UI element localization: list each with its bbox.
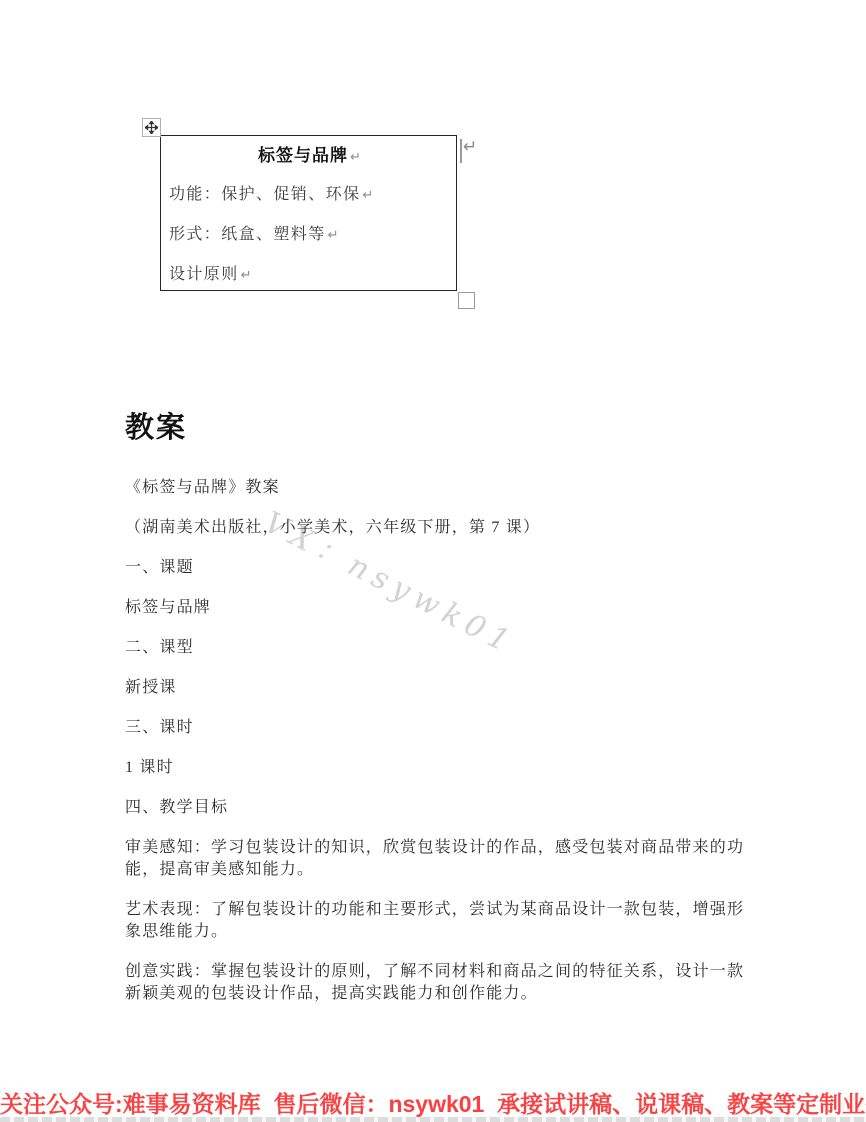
footer-banner: 关注公众号:难事易资料库 售后微信：nsywk01 承接试讲稿、说课稿、教案等定… [0, 1086, 866, 1119]
paragraph[interactable]: 三、课时 [125, 717, 757, 739]
paragraph[interactable]: 审美感知：学习包装设计的知识，欣赏包装设计的作品，感受包装对商品带来的功能，提高… [125, 837, 757, 881]
textbox-line-text: 设计原则 [169, 266, 239, 283]
return-mark-icon: ↵ [362, 188, 373, 203]
textbox-line[interactable]: 功能：保护、促销、环保↵ [169, 184, 450, 206]
textbox-line[interactable]: 设计原则↵ [169, 264, 450, 286]
textbox-title-row: 标签与品牌↵ [169, 145, 450, 168]
textbox-frame[interactable]: 标签与品牌↵ 功能：保护、促销、环保↵ 形式：纸盒、塑料等↵ 设计原则↵ [160, 135, 457, 291]
document-page: VX：nsywk01 标签与品牌↵ 功能：保护、促销、环保↵ 形式：纸 [0, 0, 866, 1122]
paragraph[interactable]: 新授课 [125, 677, 757, 699]
return-mark-icon: ↵ [350, 150, 361, 165]
textbox-line[interactable]: 形式：纸盒、塑料等↵ [169, 224, 450, 246]
paragraph[interactable]: 四、教学目标 [125, 797, 757, 819]
frame-move-handle[interactable] [142, 118, 161, 137]
paragraph[interactable]: 1 课时 [125, 757, 757, 779]
textbox-line-text: 形式：纸盒、塑料等 [169, 226, 326, 243]
textbox-title[interactable]: 标签与品牌 [258, 146, 348, 165]
page-edge-strip [0, 1117, 866, 1122]
paragraph[interactable]: 《标签与品牌》教案 [125, 477, 757, 499]
paragraph[interactable]: （湖南美术出版社，小学美术，六年级下册，第 7 课） [125, 517, 757, 539]
return-mark-icon: ↵ [328, 228, 339, 243]
frame-resize-handle[interactable] [458, 292, 475, 309]
page-title[interactable]: 教案 [125, 407, 757, 449]
move-icon [145, 121, 158, 134]
paragraph[interactable]: 创意实践：掌握包装设计的原则，了解不同材料和商品之间的特征关系，设计一款新颖美观… [125, 961, 757, 1005]
paragraph[interactable]: 标签与品牌 [125, 597, 757, 619]
caret-line [460, 139, 462, 163]
return-mark-icon: ↵ [463, 137, 477, 157]
return-mark-icon: ↵ [241, 268, 252, 283]
paragraph[interactable]: 艺术表现：了解包装设计的功能和主要形式，尝试为某商品设计一款包装，增强形象思维能… [125, 899, 757, 943]
paragraph[interactable]: 二、课型 [125, 637, 757, 659]
paragraph[interactable]: 一、课题 [125, 557, 757, 579]
textbox-line-text: 功能：保护、促销、环保 [169, 186, 360, 203]
document-content: 教案 《标签与品牌》教案 （湖南美术出版社，小学美术，六年级下册，第 7 课） … [125, 407, 757, 1023]
